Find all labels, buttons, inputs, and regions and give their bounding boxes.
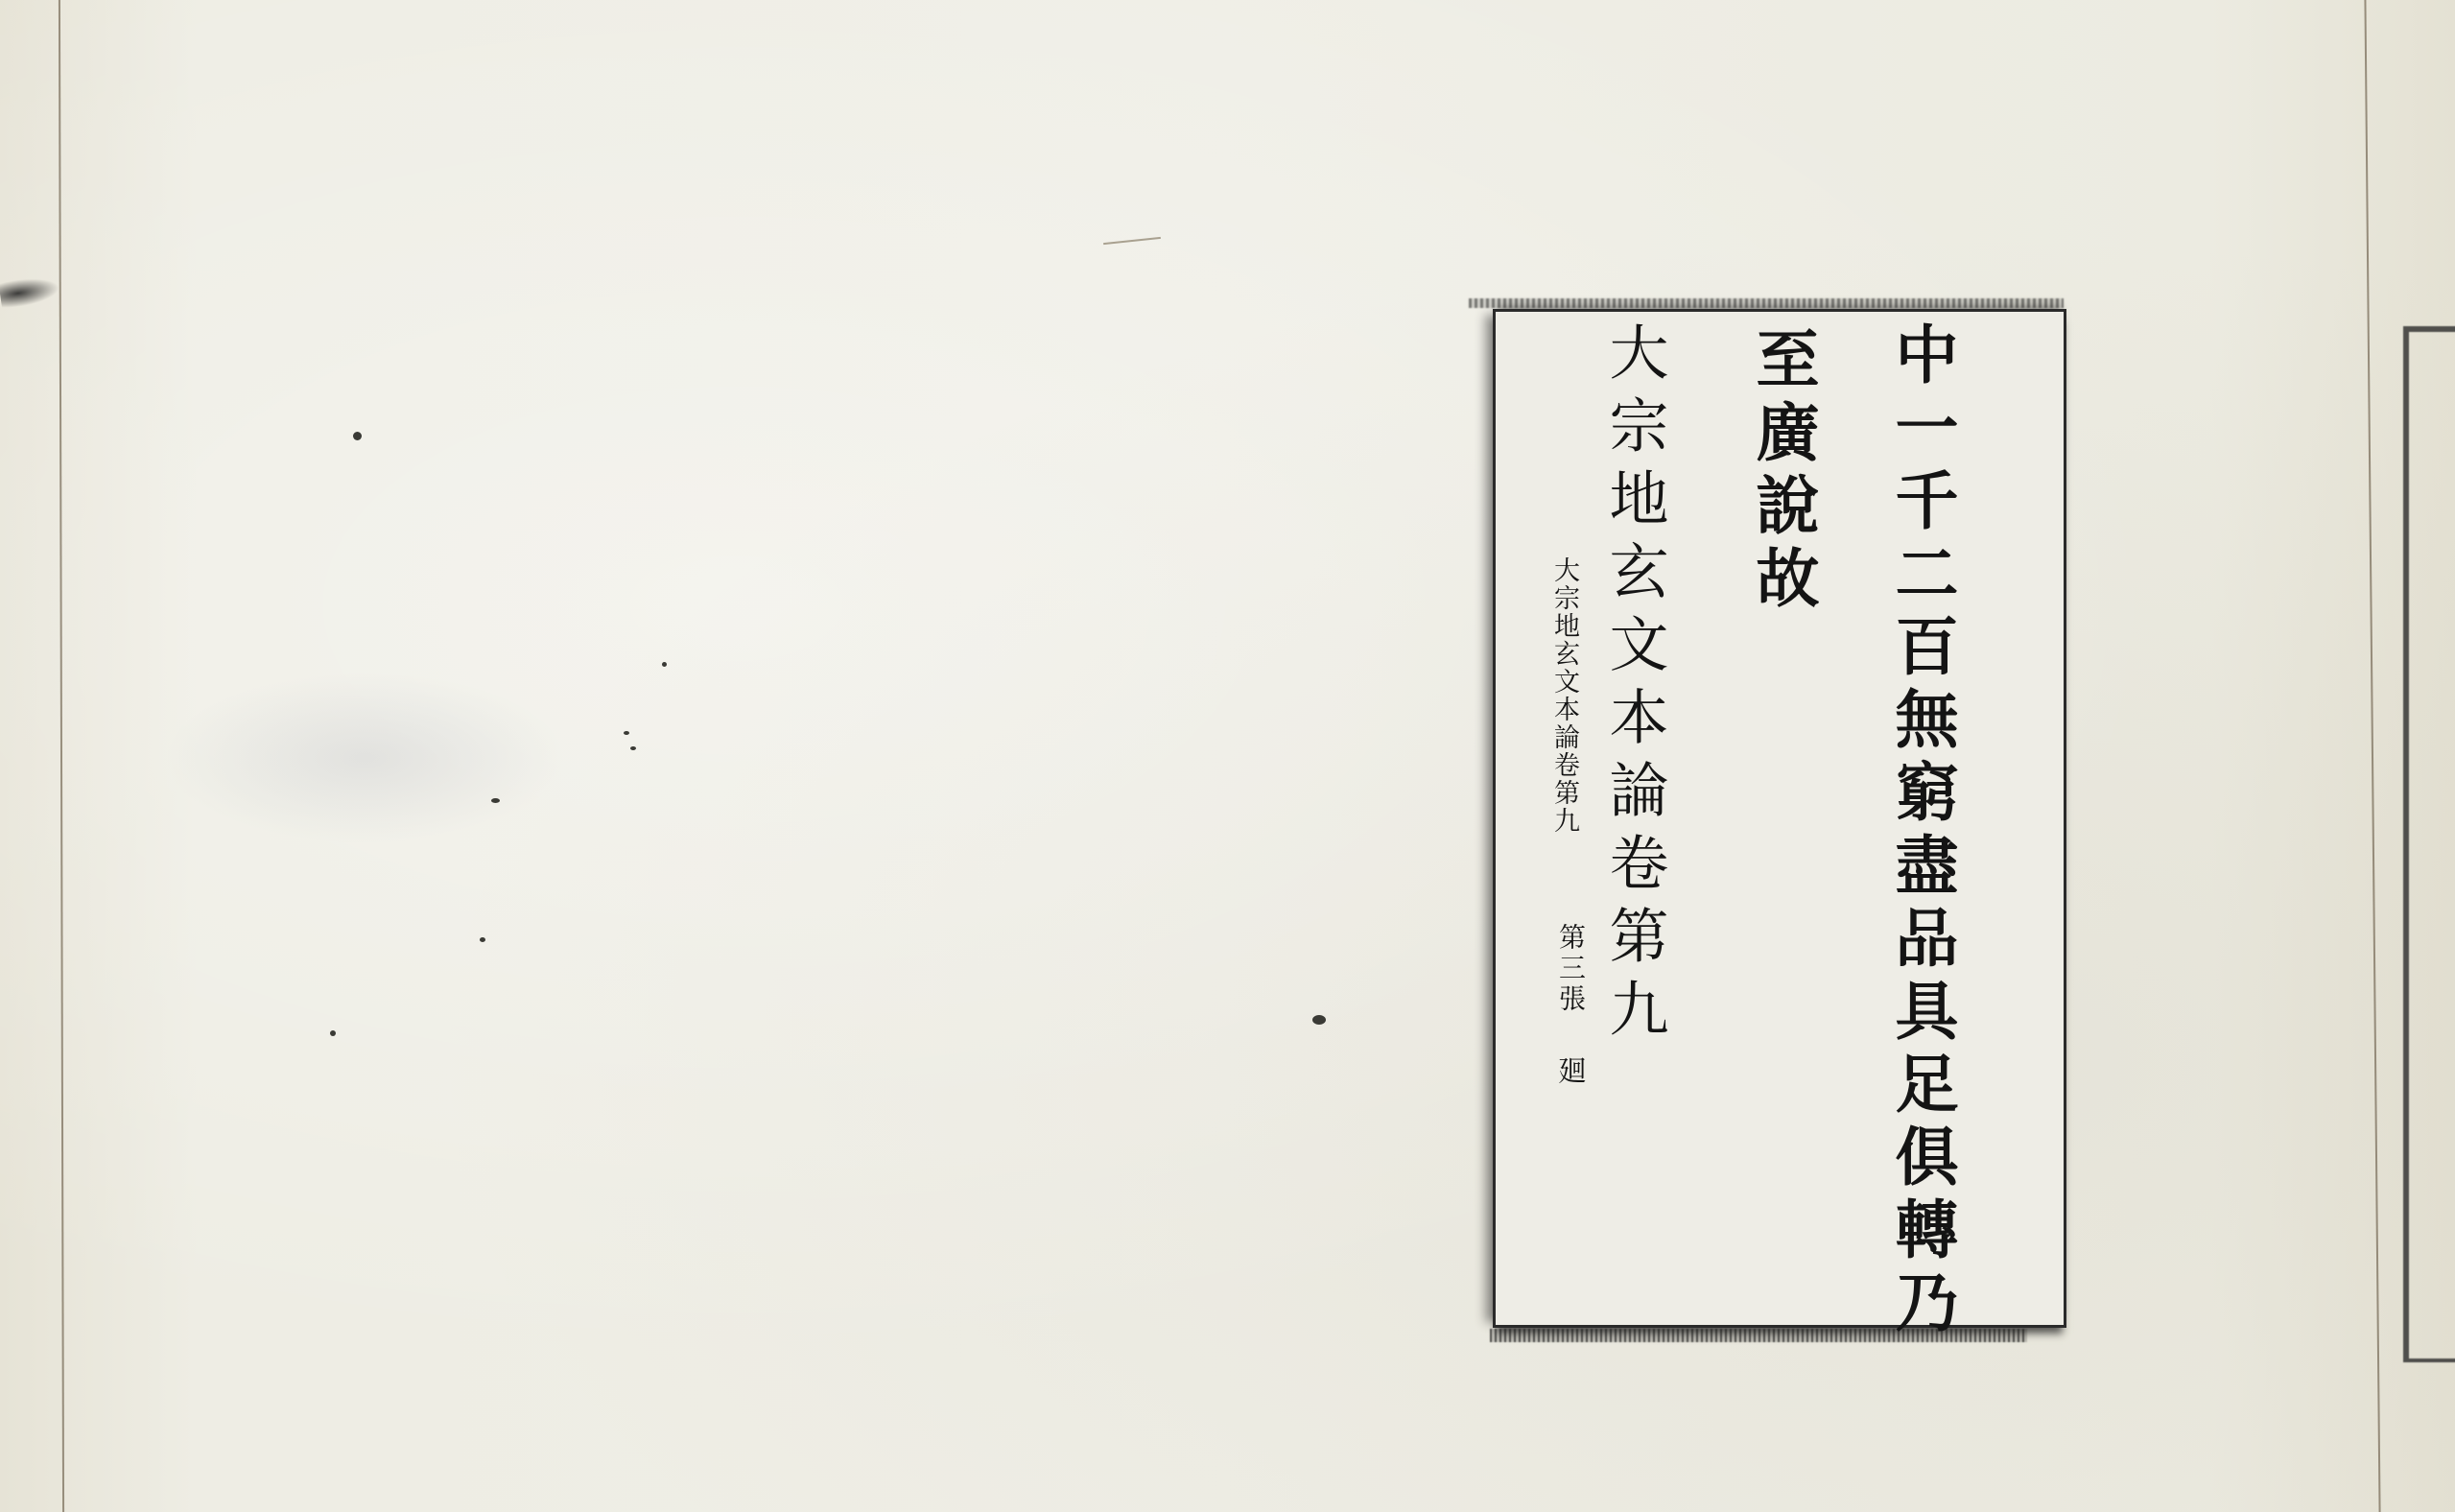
right-fold-line xyxy=(2364,0,2380,1512)
volume-title-column: 大宗地玄文本論卷第九 xyxy=(1604,321,1664,1051)
adjacent-page-frame xyxy=(2403,326,2455,1362)
paper-speck xyxy=(1312,1015,1326,1025)
paper-speck xyxy=(330,1030,336,1036)
leaf-number: 第三張 xyxy=(1557,923,1584,1015)
paper-stain xyxy=(163,672,566,844)
paper-scratch xyxy=(1103,237,1161,245)
margin-title-column: 大宗地玄文本論卷第九 xyxy=(1551,556,1577,835)
paper-speck xyxy=(662,662,667,667)
paper-speck xyxy=(491,798,500,803)
paper-speck xyxy=(480,937,485,942)
ink-smudge xyxy=(0,274,61,309)
document-page: 中一千二百無窮盡品具足俱轉乃 至廣說故 大宗地玄文本論卷第九 大宗地玄文本論卷第… xyxy=(0,0,2455,1512)
text-column-1: 中一千二百無窮盡品具足俱轉乃 xyxy=(1890,321,1953,1342)
paper-speck xyxy=(630,746,636,750)
text-column-2: 至廣說故 xyxy=(1751,326,1814,618)
left-fold-line xyxy=(59,0,64,1512)
carver-mark: 廻 xyxy=(1554,1055,1583,1084)
paper-speck xyxy=(353,432,362,440)
paper-speck xyxy=(624,731,629,735)
